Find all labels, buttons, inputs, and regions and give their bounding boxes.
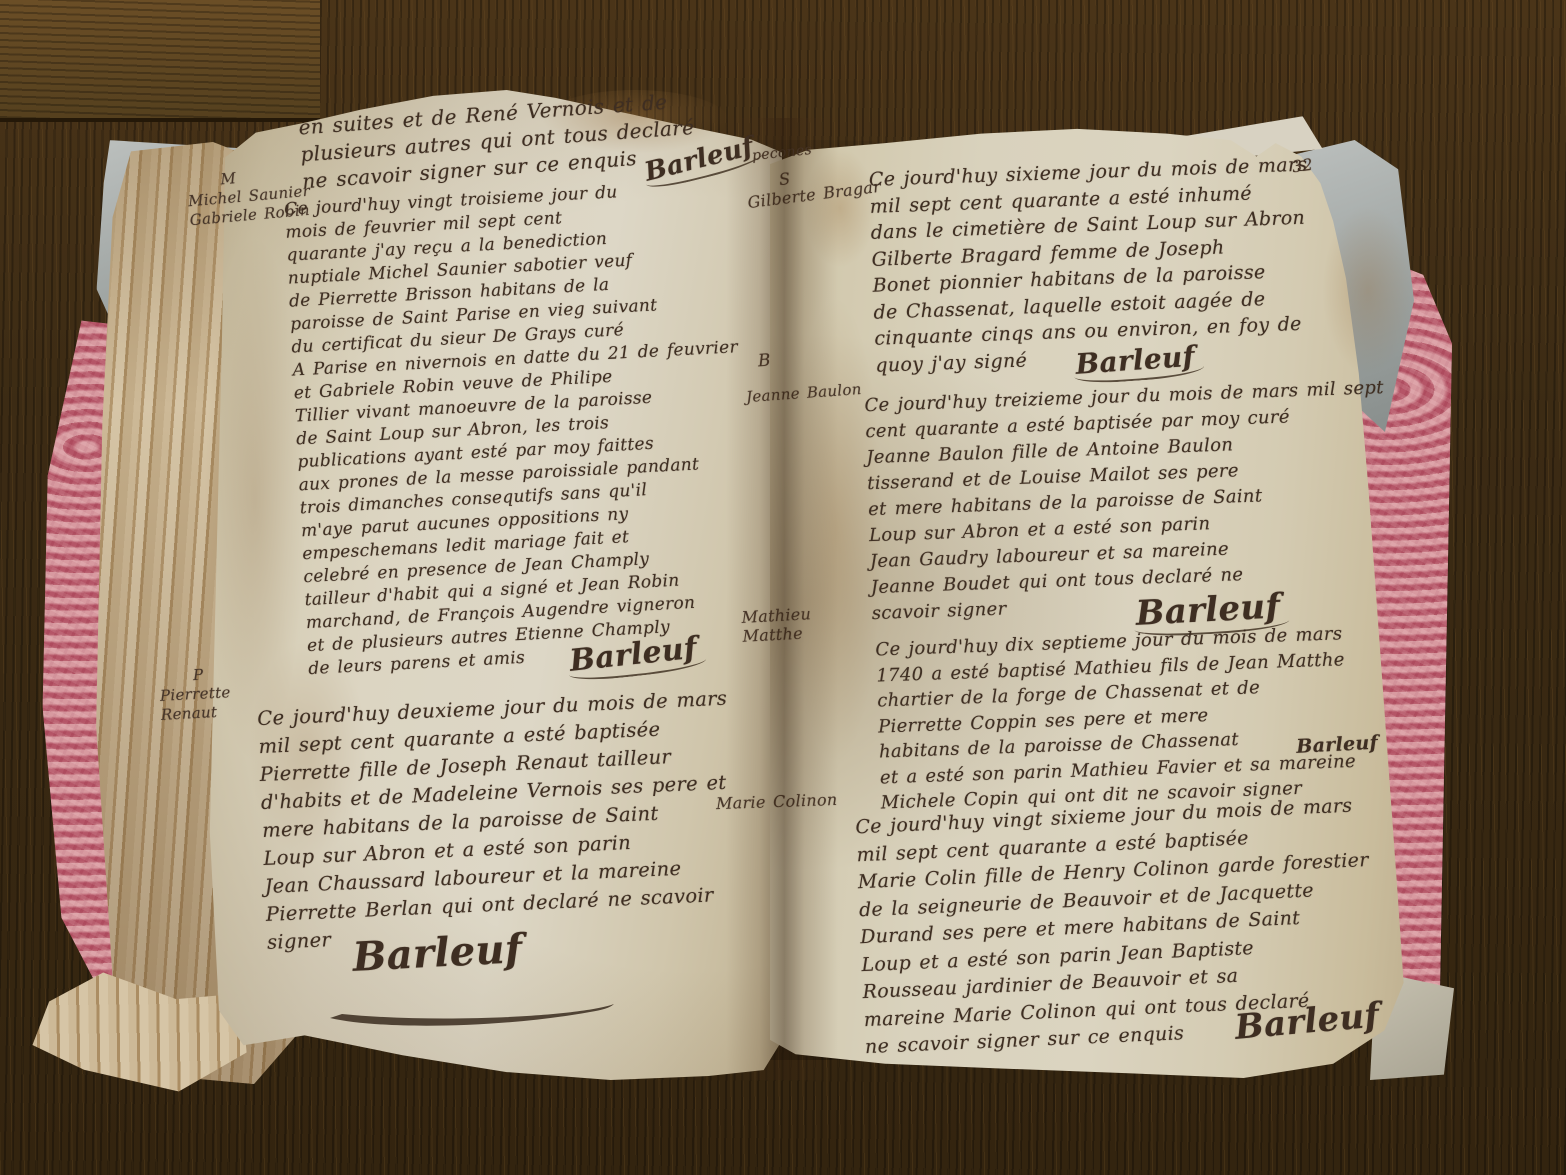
margin-note-line: B bbox=[757, 352, 771, 372]
manuscript-record: Ce jourd'huy vingt troisieme jour du moi… bbox=[284, 174, 784, 681]
margin-note-line: Matthe bbox=[742, 623, 813, 646]
manuscript-record: Ce jourd'huy dix septieme jour du mois d… bbox=[875, 619, 1426, 816]
margin-note-line: Pierrette bbox=[160, 683, 232, 706]
photo-of-open-register: en suites et de René Vernois et de plusi… bbox=[0, 0, 1566, 1175]
margin-note: Mathieu Matthe bbox=[741, 604, 813, 646]
wood-plank-top-left bbox=[0, 0, 320, 122]
margin-note-line: Renaut bbox=[161, 702, 233, 725]
signature-flourish bbox=[322, 990, 622, 1030]
manuscript-record: Ce jourd'huy deuxieme jour du mois de ma… bbox=[257, 683, 773, 957]
margin-note: P Pierrette Renaut bbox=[159, 664, 233, 725]
margin-note: B bbox=[757, 352, 771, 372]
manuscript-record: Ce jourd'huy treizieme jour du mois de m… bbox=[864, 375, 1397, 627]
